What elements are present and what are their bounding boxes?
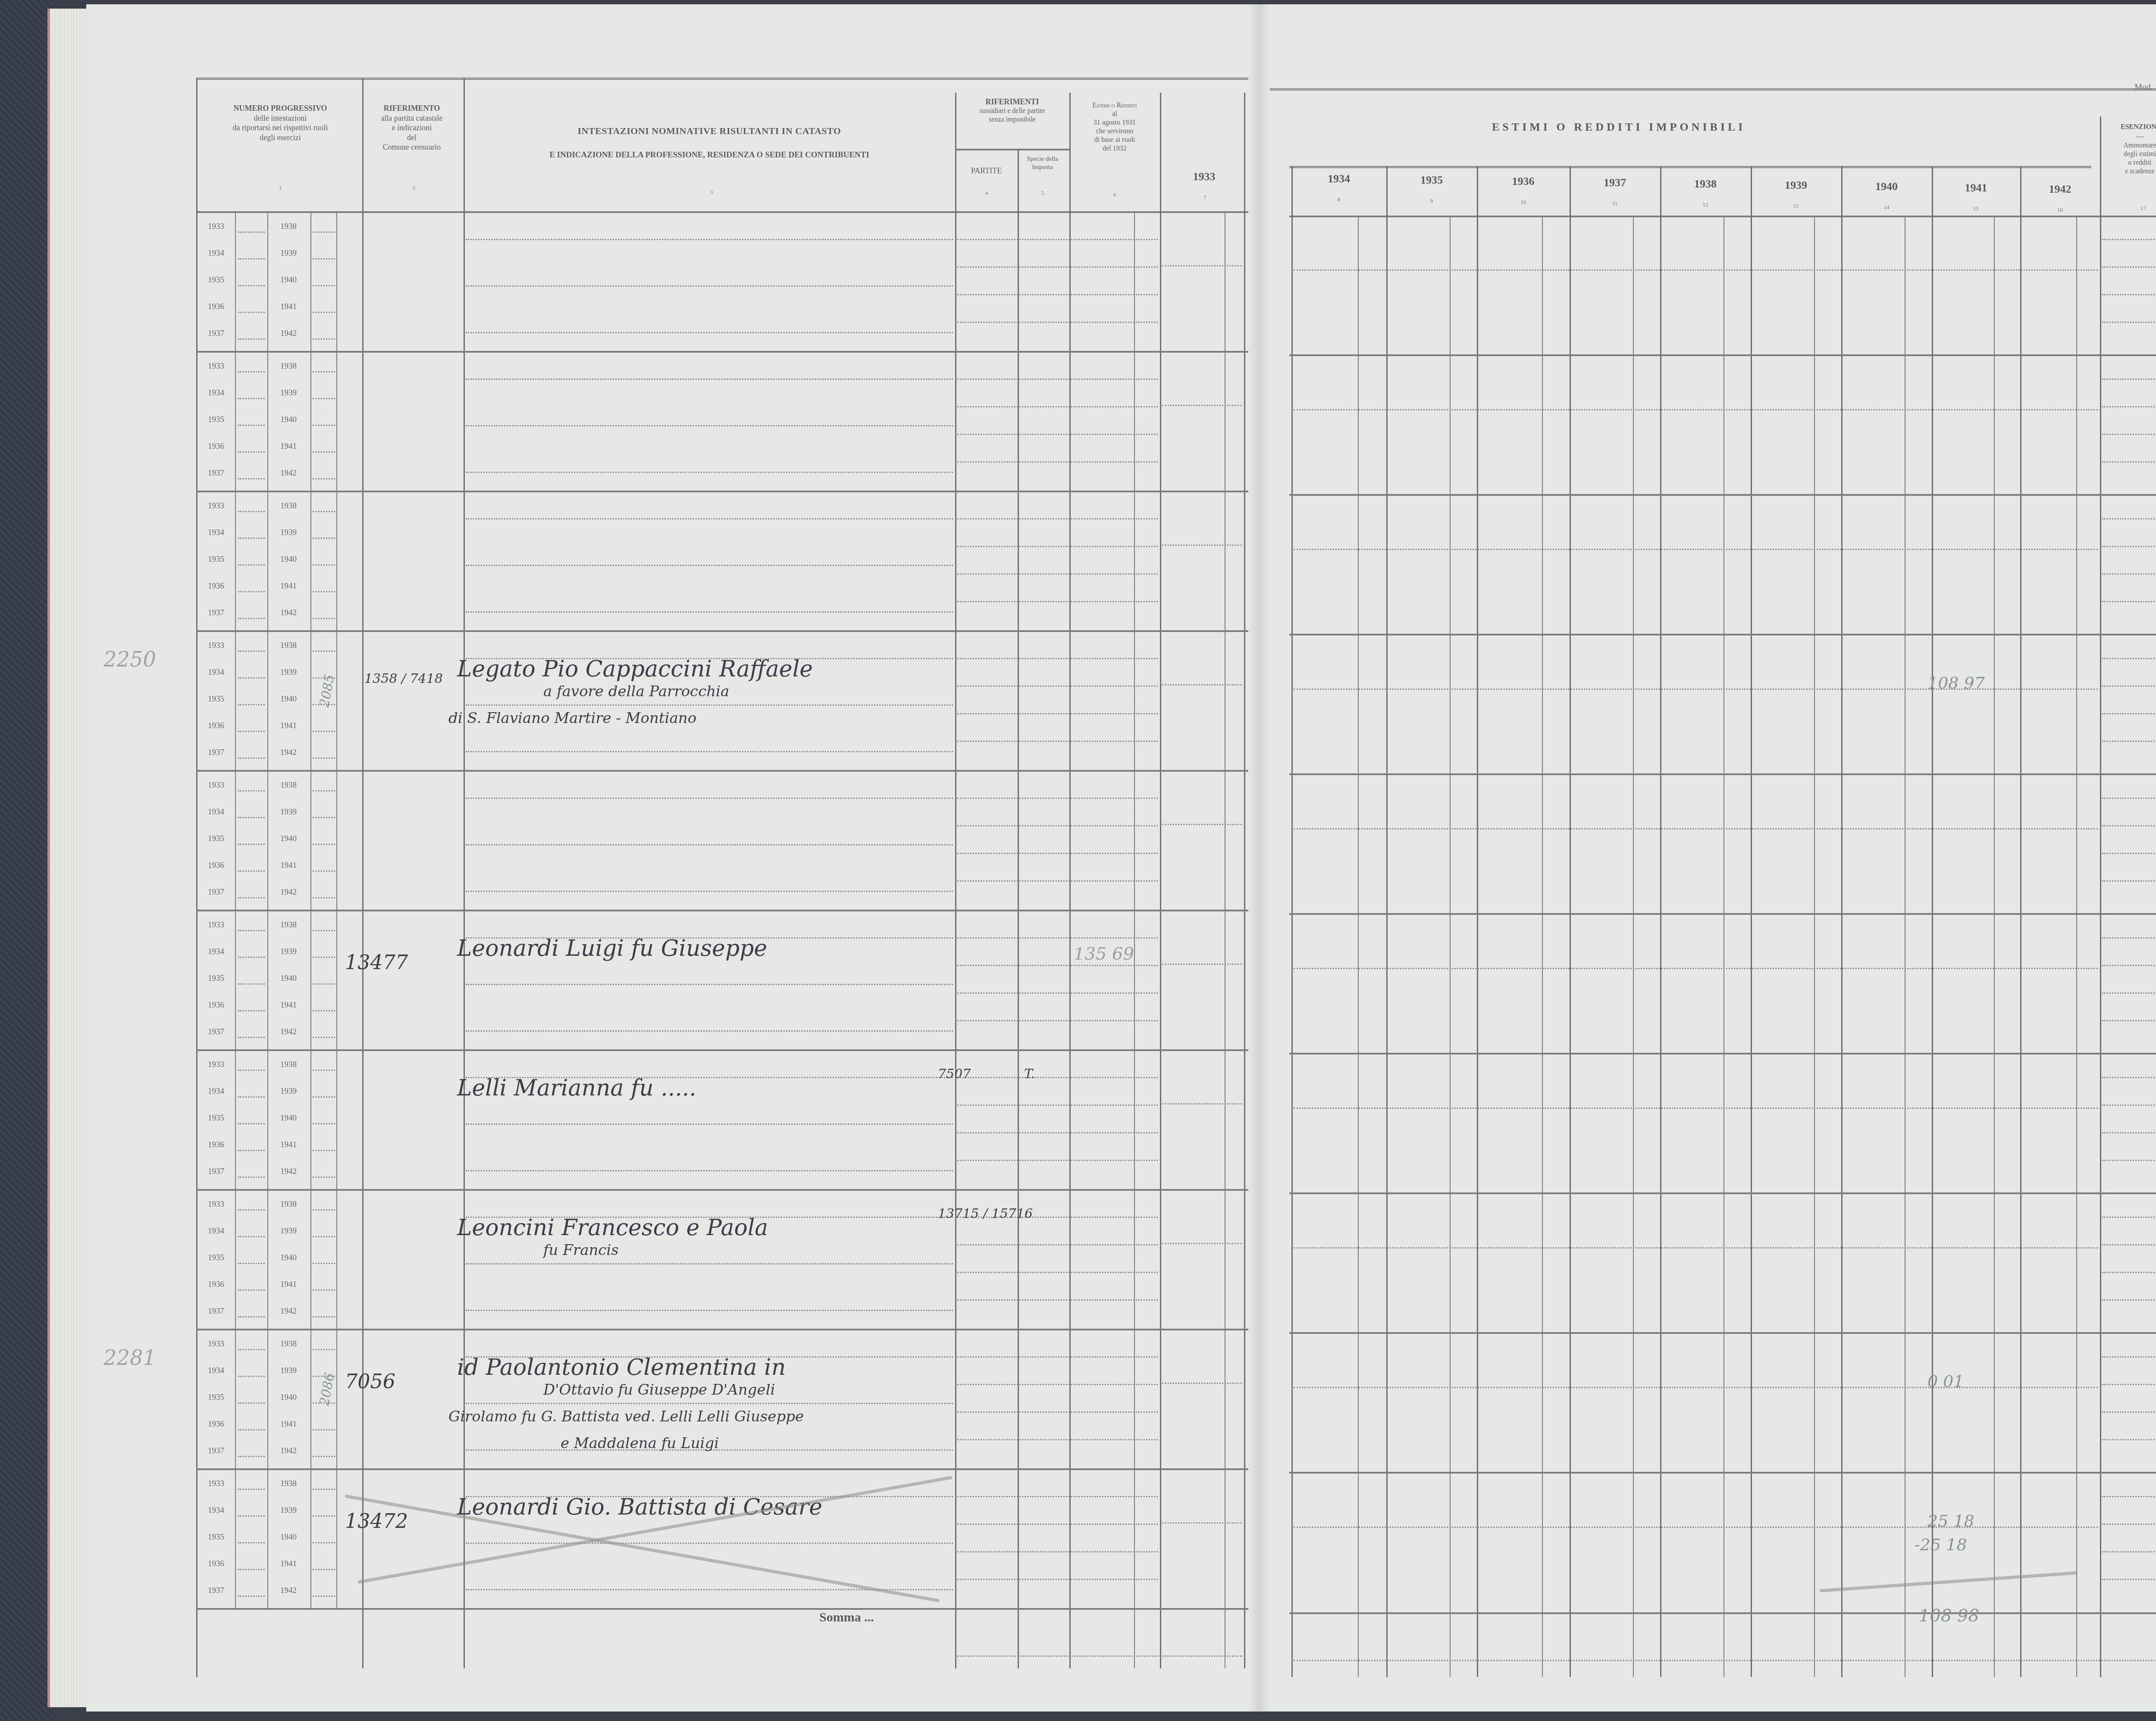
esenzioni-ruling — [2102, 825, 2156, 826]
year-col-divider — [1477, 166, 1478, 1677]
riferimenti-ruling — [957, 741, 1158, 742]
year-blank — [238, 591, 265, 592]
year-blank — [238, 731, 265, 732]
colnum-8: 8 — [1291, 196, 1386, 203]
year-label: 1937 — [208, 1167, 224, 1177]
esenzioni-ruling — [2102, 1244, 2156, 1245]
year-label: 1933 — [208, 1339, 224, 1349]
esenzioni-ruling — [2102, 1384, 2156, 1385]
year-blank — [238, 425, 265, 426]
ruling-1933 — [1162, 1383, 1242, 1384]
esenzioni-ruling — [2102, 1217, 2156, 1218]
year-blank — [313, 731, 335, 732]
partita-reference: 13472 — [345, 1509, 408, 1533]
year-label: 1933 — [208, 781, 224, 790]
year-label: 1940 — [280, 1114, 297, 1123]
riferimenti-ruling — [957, 853, 1158, 854]
header-partite: PARTITE — [955, 166, 1018, 176]
year-blank — [313, 398, 335, 399]
year-blank — [238, 1349, 265, 1350]
esenzioni-ruling — [2102, 1356, 2156, 1358]
name-ruling — [466, 239, 953, 240]
contributor-name-line: fu Francis — [543, 1242, 619, 1259]
esenzioni-ruling — [2102, 1579, 2156, 1580]
riferimenti-ruling — [957, 266, 1158, 268]
value-1941: 25 18 — [1927, 1511, 1974, 1530]
year-label: 1942 — [280, 1586, 297, 1596]
year-blank — [313, 338, 335, 340]
riferimenti-ruling — [957, 1272, 1158, 1273]
row-separator-right — [1289, 1192, 2156, 1194]
year-blank — [313, 564, 335, 566]
colnum-11: 11 — [1570, 200, 1660, 207]
year-blank — [313, 312, 335, 313]
colnum-4: 4 — [982, 190, 991, 197]
year-label: 1937 — [208, 748, 224, 757]
esenzioni-ruling — [2102, 1524, 2156, 1525]
colnum-6: 6 — [1110, 191, 1119, 198]
row-separator-right — [1289, 773, 2156, 775]
year-label: 1938 — [280, 222, 297, 232]
year-label: 1937 — [208, 608, 224, 618]
table-bottom-rule-right — [1289, 1612, 2156, 1614]
riferimenti-ruling — [957, 294, 1158, 295]
year-label: 1934 — [208, 1227, 224, 1236]
name-ruling — [466, 1030, 953, 1032]
margin-entry-number: 2281 — [103, 1346, 156, 1370]
cents-divider — [1358, 216, 1359, 1677]
ruling-1933 — [1162, 684, 1242, 685]
year-label: 1933 — [208, 501, 224, 511]
riferimenti-ruling — [957, 461, 1158, 463]
somma-1941-value: 108 98 — [1919, 1606, 1979, 1626]
name-ruling — [466, 285, 953, 287]
colnum-5: 5 — [1038, 190, 1047, 197]
year-blank — [238, 232, 265, 233]
year-blank — [238, 1010, 265, 1011]
year-blank — [238, 312, 265, 313]
riferimenti-ruling — [957, 601, 1158, 602]
esenzioni-ruling — [2102, 798, 2156, 799]
colnum-12: 12 — [1660, 201, 1751, 208]
year-blank — [313, 817, 335, 818]
esenzioni-ruling — [2102, 1272, 2156, 1273]
year-col-divider — [1932, 166, 1933, 1677]
year-label: 1942 — [280, 1167, 297, 1177]
left-col-divider — [955, 93, 956, 1668]
year-blank — [313, 538, 335, 539]
year-label: 1942 — [280, 748, 297, 757]
year-label: 1937 — [208, 1307, 224, 1316]
year-label: 1940 — [280, 834, 297, 844]
year-label: 1935 — [208, 275, 224, 285]
riferimenti-ruling — [957, 825, 1158, 826]
year-blank — [238, 1402, 265, 1404]
year-label: 1942 — [280, 329, 297, 338]
cents-divider — [1542, 216, 1543, 1677]
name-ruling — [466, 425, 953, 426]
year-blank — [313, 757, 335, 759]
riferimenti-ruling — [957, 239, 1158, 240]
somma-ruling-left — [957, 1655, 1242, 1657]
year-label: 1940 — [280, 555, 297, 564]
year-blank — [238, 1150, 265, 1151]
colnum-14: 14 — [1841, 204, 1932, 211]
header-col1: NUMERO PROGRESSIVO delle intestazioni da… — [198, 103, 362, 142]
year-blank — [238, 1316, 265, 1317]
estimi-subheader-rule — [1289, 166, 2091, 168]
year-label: 1941 — [280, 1001, 297, 1010]
year-label: 1936 — [208, 721, 224, 731]
name-ruling — [466, 518, 953, 519]
year-label: 1941 — [280, 721, 297, 731]
esenzioni-ruling — [2102, 379, 2156, 380]
ruling-1933 — [1162, 1243, 1242, 1244]
year-blank — [313, 1542, 335, 1543]
contributor-name-line: e Maddalena fu Luigi — [561, 1435, 719, 1452]
year-blank — [313, 1489, 335, 1490]
table-top-border-right — [1270, 88, 2156, 91]
year-label: 1937 — [208, 1027, 224, 1037]
esenzioni-ruling — [2102, 518, 2156, 519]
riferimenti-ruling — [957, 992, 1158, 994]
riferimenti-ruling — [957, 1496, 1158, 1497]
riferimenti-ruling — [957, 546, 1158, 547]
year-blank — [238, 338, 265, 340]
year-label: 1934 — [208, 1506, 224, 1515]
riferimenti-ruling — [957, 880, 1158, 882]
estimi-ruling — [1294, 409, 2098, 410]
left-col-divider — [1160, 93, 1161, 1668]
specie-value: T. — [1024, 1067, 1035, 1082]
year-blank — [238, 844, 265, 845]
name-ruling — [466, 1170, 953, 1171]
riferimenti-ruling — [957, 406, 1158, 407]
riferimenti-ruling — [957, 1020, 1158, 1021]
partita-reference: 7056 — [345, 1370, 395, 1393]
year-label: 1935 — [208, 974, 224, 983]
colnum-15: 15 — [1932, 205, 2020, 212]
year-blank — [238, 511, 265, 512]
riferimenti-ruling — [957, 1551, 1158, 1552]
year-blank — [238, 285, 265, 286]
riferimenti-ruling — [957, 685, 1158, 687]
estimi-title: ESTIMI O REDDITI IMPONIBILI — [1492, 121, 1745, 134]
estimo-1932-value: 135 69 — [1074, 944, 1134, 964]
esenzioni-ruling — [2102, 1299, 2156, 1301]
year-col-divider — [1841, 166, 1843, 1677]
row-separator-right — [1289, 1332, 2156, 1334]
year-blank — [238, 1177, 265, 1178]
year-blank — [238, 897, 265, 898]
esenzioni-ruling — [2102, 1105, 2156, 1106]
name-ruling — [466, 565, 953, 566]
estimi-ruling — [1294, 269, 2098, 271]
contributor-name-line: Leoncini Francesco e Paola — [457, 1215, 768, 1241]
year-label: 1938 — [280, 641, 297, 651]
year-blank — [313, 957, 335, 958]
year-blank — [238, 1515, 265, 1517]
year-blank — [313, 1429, 335, 1430]
year-label: 1942 — [280, 888, 297, 897]
contributor-name-line: Leonardi Gio. Battista di Cesare — [457, 1494, 822, 1520]
esenzioni-divider-top — [2100, 116, 2101, 168]
header-year-1936: 1936 — [1477, 175, 1570, 188]
year-label: 1942 — [280, 608, 297, 618]
right-page — [1259, 4, 2156, 1712]
year-label: 1934 — [208, 668, 224, 677]
name-ruling — [466, 1263, 953, 1264]
riferimenti-ruling — [957, 1160, 1158, 1161]
year-blank — [313, 1177, 335, 1178]
row-separator-left — [196, 351, 1248, 353]
year-label: 1937 — [208, 329, 224, 338]
riferimenti-ruling — [957, 1524, 1158, 1525]
riferimenti-ruling — [957, 1411, 1158, 1413]
year-label: 1936 — [208, 1420, 224, 1429]
year-label: 1942 — [280, 1027, 297, 1037]
colnum-9: 9 — [1386, 197, 1477, 204]
row-separator-right — [1289, 494, 2156, 496]
esenzioni-ruling — [2102, 406, 2156, 407]
year-label: 1941 — [280, 1280, 297, 1289]
year-label: 1935 — [208, 415, 224, 425]
year-label: 1939 — [280, 1366, 297, 1376]
name-ruling — [466, 891, 953, 892]
year-col-divider — [1386, 166, 1388, 1677]
year-blank — [313, 1010, 335, 1011]
year-label: 1933 — [208, 1200, 224, 1209]
colnum-3: 3 — [707, 189, 716, 196]
year-label: 1940 — [280, 275, 297, 285]
year-blank — [313, 451, 335, 453]
colnum-7: 7 — [1201, 194, 1210, 201]
riferimenti-ruling — [957, 1384, 1158, 1385]
partita-reference: 1358 / 7418 — [364, 671, 443, 686]
year-label: 1936 — [208, 582, 224, 591]
year-blank — [238, 1596, 265, 1597]
name-ruling — [466, 704, 953, 706]
year-blank — [313, 1150, 335, 1151]
year-blank — [238, 564, 265, 566]
header-specie: Specie della Imposta — [1018, 155, 1067, 172]
riferimenti-ruling — [957, 713, 1158, 714]
cents-divider — [1225, 211, 1225, 1668]
year-label: 1939 — [280, 807, 297, 817]
left-col-divider — [362, 78, 364, 1668]
esenzioni-ruling — [2102, 1411, 2156, 1413]
esenzioni-ruling — [2102, 1132, 2156, 1133]
year-blank — [313, 1515, 335, 1517]
estimi-ruling — [1294, 968, 2098, 969]
year-label: 1934 — [208, 947, 224, 957]
riferimenti-ruling — [957, 1356, 1158, 1358]
year-blank — [238, 1289, 265, 1291]
year-label: 1933 — [208, 362, 224, 371]
year-label: 1940 — [280, 415, 297, 425]
ruling-1933 — [1162, 405, 1242, 406]
year-blank — [238, 1037, 265, 1038]
year-blank — [313, 478, 335, 479]
esenzioni-ruling — [2102, 601, 2156, 602]
book-gutter — [1248, 4, 1270, 1712]
riferimenti-ruling — [957, 1299, 1158, 1301]
year-label: 1939 — [280, 1227, 297, 1236]
cents-divider — [1134, 211, 1135, 1668]
esenzioni-ruling — [2102, 322, 2156, 323]
year-label: 1937 — [208, 888, 224, 897]
estimi-ruling — [1294, 1247, 2098, 1249]
year-label: 1936 — [208, 302, 224, 312]
year-label: 1941 — [280, 582, 297, 591]
year-blank — [238, 618, 265, 619]
somma-ruling-right — [1294, 1660, 2156, 1661]
contributor-name-line: a favore della Parrocchia — [543, 683, 729, 700]
contributor-name-line: Lelli Marianna fu ..... — [457, 1075, 696, 1101]
esenzioni-ruling — [2102, 573, 2156, 575]
year-blank — [313, 870, 335, 872]
header-bottom-rule-left — [196, 211, 1248, 213]
ruling-1933 — [1162, 1522, 1242, 1524]
year-blank — [313, 1316, 335, 1317]
year-blank — [238, 1209, 265, 1211]
esenzioni-ruling — [2102, 1077, 2156, 1078]
year-col-divider — [1291, 166, 1293, 1677]
year-label: 1941 — [280, 302, 297, 312]
year-label: 1939 — [280, 668, 297, 677]
year-label: 1935 — [208, 834, 224, 844]
row-separator-right — [1289, 1053, 2156, 1055]
cents-divider — [1905, 216, 1905, 1677]
row-separator-left — [196, 910, 1248, 911]
year-label: 1938 — [280, 1479, 297, 1489]
year-label: 1936 — [208, 1140, 224, 1150]
year-label: 1938 — [280, 501, 297, 511]
ruling-1933 — [1162, 964, 1242, 965]
year-blank — [238, 651, 265, 652]
year-blank — [238, 677, 265, 679]
year-label: 1934 — [208, 528, 224, 538]
year-label: 1940 — [280, 1253, 297, 1263]
riferimenti-ruling — [957, 1132, 1158, 1133]
header-year-1942: 1942 — [2020, 183, 2100, 196]
name-ruling — [466, 798, 953, 799]
year-blank — [238, 478, 265, 479]
estimi-ruling — [1294, 1387, 2098, 1388]
riferimenti-ruling — [957, 518, 1158, 519]
year-label: 1938 — [280, 1339, 297, 1349]
row-separator-left — [196, 491, 1248, 492]
colnum-1: 1 — [276, 185, 285, 191]
cents-divider — [1814, 216, 1815, 1677]
row-separator-right — [1289, 354, 2156, 356]
year-label: 1938 — [280, 1200, 297, 1209]
year-blank — [238, 1096, 265, 1098]
year-label: 1936 — [208, 1001, 224, 1010]
ruling-1933 — [1162, 544, 1242, 546]
cents-divider — [1633, 216, 1634, 1677]
year-blank — [313, 1037, 335, 1038]
year-label: 1933 — [208, 920, 224, 930]
riferimenti-ruling — [957, 965, 1158, 966]
year-blank — [313, 1070, 335, 1071]
header-year-1938: 1938 — [1660, 178, 1751, 191]
colnum-17: 17 — [2139, 205, 2147, 212]
colnum-13: 13 — [1751, 203, 1841, 210]
header-col3: INTESTAZIONI NOMINATIVE RISULTANTI IN CA… — [466, 125, 953, 160]
year-label: 1937 — [208, 1586, 224, 1596]
year-blank — [238, 1489, 265, 1490]
contributor-name-line: di S. Flaviano Martire - Montiano — [448, 710, 696, 727]
header-year-1937: 1937 — [1570, 176, 1660, 189]
riferimenti-ruling — [957, 937, 1158, 939]
header-col2: RIFERIMENTO alla partita catastale e ind… — [362, 103, 461, 152]
year-label: 1933 — [208, 1479, 224, 1489]
esenzioni-ruling — [2102, 461, 2156, 463]
year-blank — [238, 1376, 265, 1377]
book-binding-left — [0, 0, 52, 1721]
year-label: 1939 — [280, 528, 297, 538]
year-blank — [313, 1289, 335, 1291]
year-label: 1941 — [280, 1140, 297, 1150]
year-blank — [313, 844, 335, 845]
header-riferimenti: RIFERIMENTI sussidiari e delle partite s… — [955, 97, 1069, 124]
row-separator-left — [196, 1468, 1248, 1470]
year-label: 1940 — [280, 974, 297, 983]
contributor-name-line: id Paolantonio Clementina in — [457, 1355, 786, 1380]
partita-reference: 13477 — [345, 951, 408, 974]
riferimenti-ruling — [957, 434, 1158, 435]
year-blank — [238, 1236, 265, 1237]
value-1941-correction: -25 18 — [1915, 1535, 1967, 1554]
riferimenti-ruling — [957, 1105, 1158, 1106]
value-1941: 0 01 — [1927, 1372, 1964, 1391]
left-page — [86, 4, 1259, 1712]
year-blank — [238, 1263, 265, 1264]
year-blank — [238, 538, 265, 539]
riferimenti-ruling — [957, 1579, 1158, 1580]
name-ruling — [466, 1403, 953, 1404]
year-label: 1938 — [280, 920, 297, 930]
year-label: 1942 — [280, 469, 297, 478]
year-blank — [238, 371, 265, 372]
riferimenti-ruling — [957, 573, 1158, 575]
riferimenti-ruling — [957, 1077, 1158, 1078]
header-bottom-rule-right — [1289, 216, 2156, 217]
colnum-2: 2 — [410, 185, 418, 191]
name-ruling — [466, 1123, 953, 1125]
year-blank — [313, 983, 335, 985]
year-blank — [238, 1429, 265, 1430]
header-year-1934: 1934 — [1291, 172, 1386, 185]
year-label: 1942 — [280, 1446, 297, 1456]
name-ruling — [466, 751, 953, 752]
row-separator-right — [1289, 634, 2156, 635]
page-edges-left — [47, 9, 89, 1707]
year-blank — [313, 371, 335, 372]
header-year-1939: 1939 — [1751, 179, 1841, 192]
year-label: 1936 — [208, 1280, 224, 1289]
year-blank — [238, 1070, 265, 1071]
header-col6: Estimi o Redditi al 31 agosto 1931 che s… — [1069, 101, 1160, 153]
year-blank — [313, 591, 335, 592]
row-separator-left — [196, 630, 1248, 632]
cents-divider — [1450, 216, 1451, 1677]
colnum-16: 16 — [2020, 207, 2100, 213]
year-label: 1935 — [208, 555, 224, 564]
year-label: 1933 — [208, 1060, 224, 1070]
year-label: 1934 — [208, 1087, 224, 1096]
